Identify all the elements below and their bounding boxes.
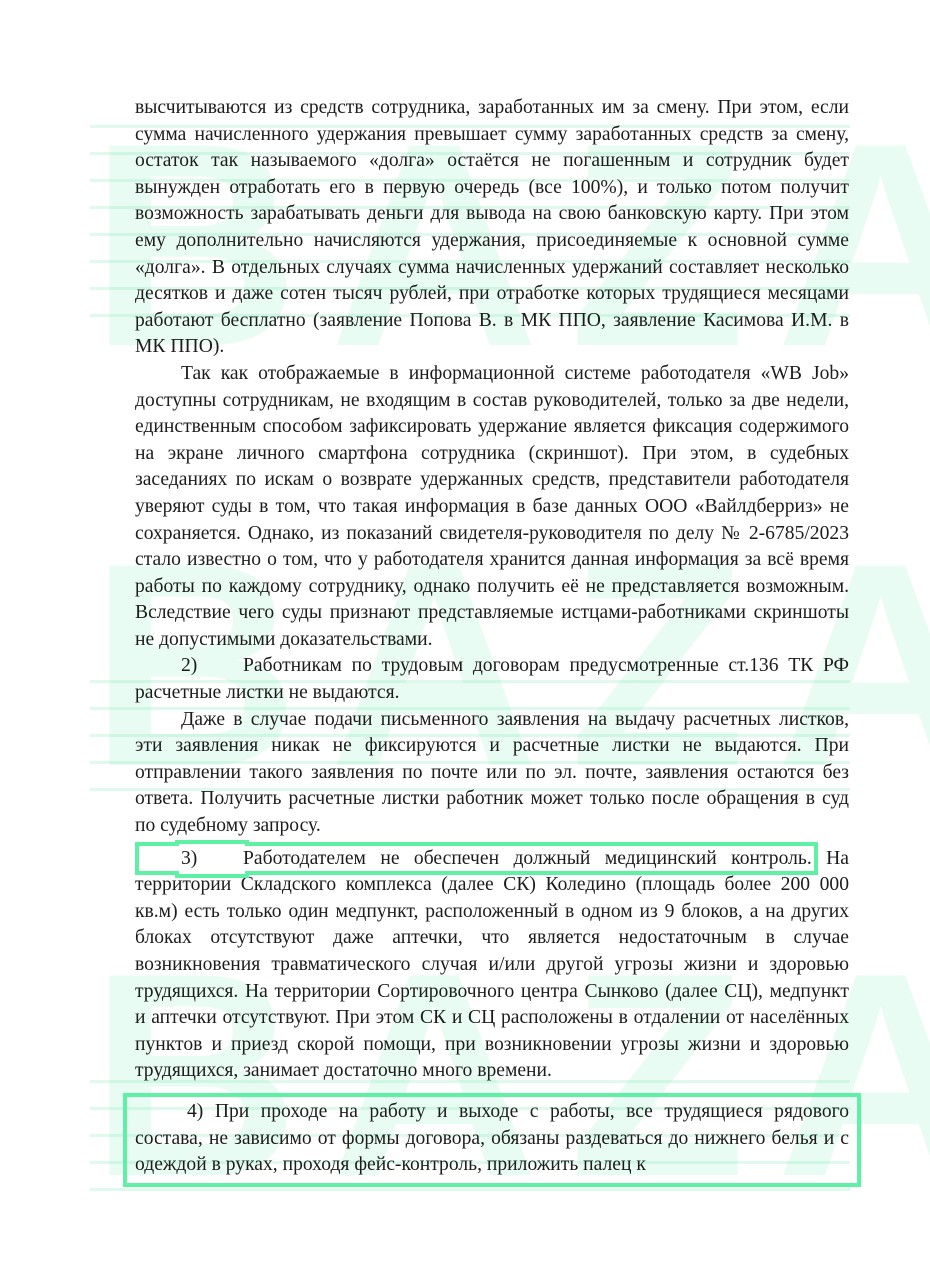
paragraph-payslips: Даже в случае подачи письменного заявлен… bbox=[135, 707, 849, 840]
item-number: 3) bbox=[181, 846, 243, 873]
highlight-box-medical: 3)Работодателем не обеспечен должный мед… bbox=[141, 848, 812, 869]
document-page: высчитываются из средств сотрудника, зар… bbox=[135, 95, 849, 1187]
paragraph-deductions: высчитываются из средств сотрудника, зар… bbox=[135, 95, 849, 361]
highlight-box-searches: 4) При проходе на работу и выходе с рабо… bbox=[123, 1093, 861, 1187]
item-text: При проходе на работу и выходе с работы,… bbox=[135, 1101, 849, 1175]
list-item-3: 3)Работодателем не обеспечен должный мед… bbox=[135, 846, 849, 1085]
item-text: Работникам по трудовым договорам предусм… bbox=[135, 655, 849, 703]
paragraph-wb-job: Так как отображаемые в информационной си… bbox=[135, 361, 849, 654]
list-item-2: 2)Работникам по трудовым договорам преду… bbox=[135, 653, 849, 706]
item-text: На территории Складского комплекса (дале… bbox=[135, 848, 849, 1082]
item-number: 2) bbox=[181, 653, 243, 680]
item-number: 4) bbox=[187, 1101, 203, 1122]
list-item-4: 4) При проходе на работу и выходе с рабо… bbox=[135, 1099, 849, 1179]
item-highlighted-text: Работодателем не обеспечен должный медиц… bbox=[243, 848, 812, 869]
